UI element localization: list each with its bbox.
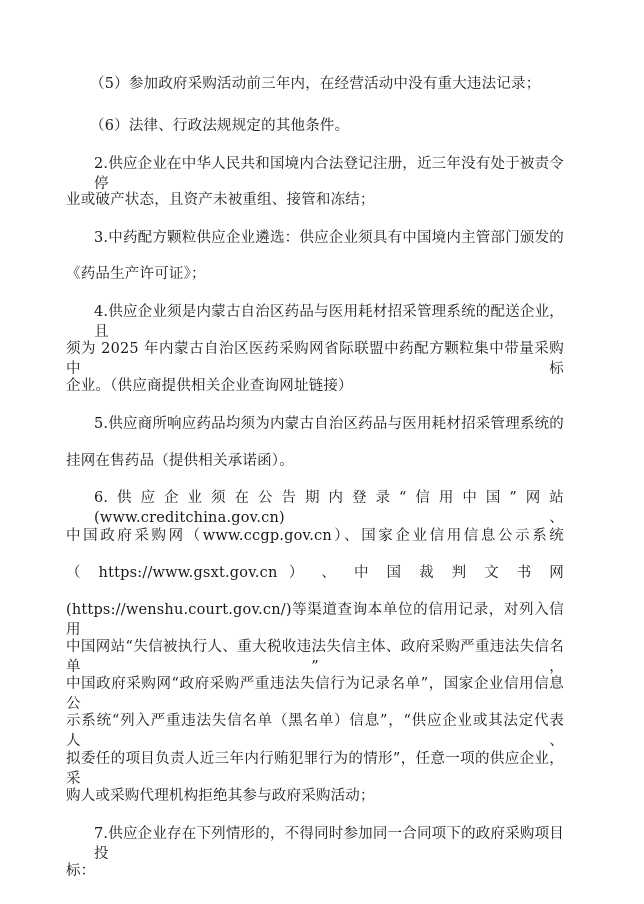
document-text-line: 3.中药配方颗粒供应企业遴选：供应企业须具有中国境内主管部门颁发的 [94, 228, 564, 248]
document-text-line: 中国政府采购网（www.ccgp.gov.cn）、国家企业信用信息公示系统 [66, 526, 564, 546]
document-text-line: 6.供应企业须在公告期内登录“信用中国”网站(www.creditchina.g… [94, 488, 564, 528]
document-text-line: 《药品生产许可证》； [66, 264, 564, 284]
document-text-line: 挂网在售药品（提供相关承诺函）。 [66, 451, 564, 471]
document-text-line: 拟委任的项目负责人近三年内行贿犯罪行为的情形”，任意一项的供应企业，采 [66, 749, 564, 789]
document-text-line: （6）法律、行政法规规定的其他条件。 [90, 116, 564, 136]
document-text-line: 中国网站“失信被执行人、重大税收违法失信主体、政府采购严重违法失信名单”， [66, 637, 564, 677]
document-text-line: 示系统“列入严重违法失信名单（黑名单）信息”，“供应企业或其法定代表人、 [66, 711, 564, 751]
document-text-line: 2.供应企业在中华人民共和国境内合法登记注册，近三年没有处于被责令停 [94, 154, 564, 194]
document-text-line: 企业。（供应商提供相关企业查询网址链接） [66, 376, 564, 396]
document-text-line: 5.供应商所响应药品均须为内蒙古自治区药品与医用耗材招采管理系统的 [94, 414, 564, 434]
document-text-line: 标： [66, 861, 564, 881]
document-text-line: （5）参加政府采购活动前三年内，在经营活动中没有重大违法记录； [90, 74, 564, 94]
document-text-line: 4.供应企业须是内蒙古自治区药品与医用耗材招采管理系统的配送企业，且 [94, 302, 564, 342]
document-text-line: 中国政府采购网“政府采购严重违法失信行为记录名单”，国家企业信用信息公 [66, 674, 564, 714]
document-text-line: 7.供应企业存在下列情形的，不得同时参加同一合同项下的政府采购项目投 [94, 824, 564, 864]
document-text-line: （ https://www.gsxt.gov.cn ） 、 中 国 裁 判 文 … [66, 563, 564, 583]
document-text-line: 购人或采购代理机构拒绝其参与政府采购活动； [66, 786, 564, 806]
document-text-line: 须为 2025 年内蒙古自治区医药采购网省际联盟中药配方颗粒集中带量采购中标 [66, 339, 564, 379]
document-text-line: (https://wenshu.court.gov.cn/)等渠道查询本单位的信… [66, 600, 564, 640]
document-text-line: 业或破产状态，且资产未被重组、接管和冻结； [66, 190, 564, 210]
